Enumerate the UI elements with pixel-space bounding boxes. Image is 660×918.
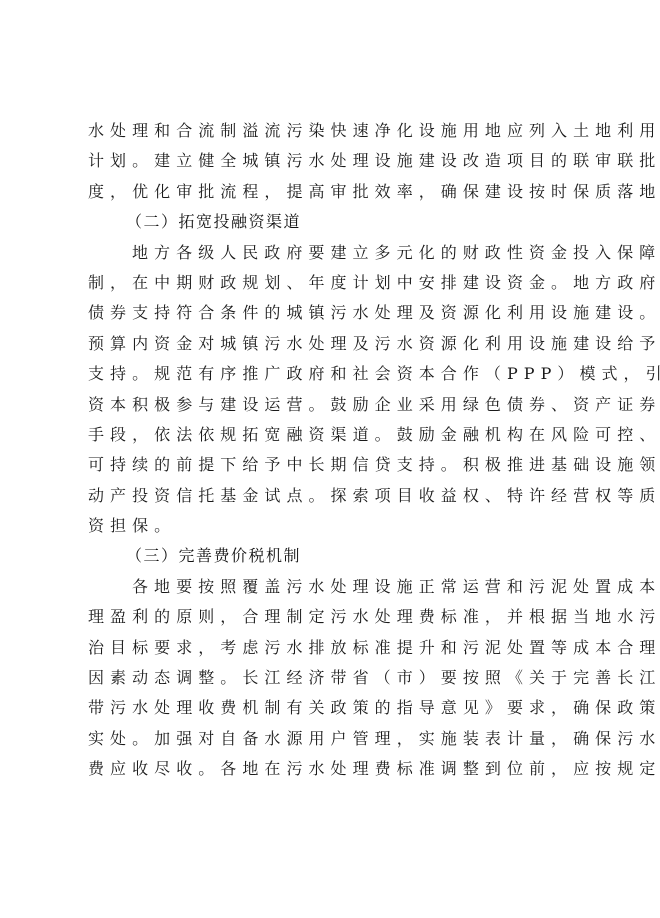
paragraph-financing: 地方各级人民政府要建立多元化的财政性资金投入保障机 制，在中期财政规划、年度计划… bbox=[88, 238, 578, 542]
text-line: 治目标要求，考虑污水排放标准提升和污泥处置等成本合理增加 bbox=[88, 633, 578, 663]
text-line: 计划。建立健全城镇污水处理设施建设改造项目的联审联批制 bbox=[88, 146, 578, 176]
text-line: 带污水处理收费机制有关政策的指导意见》要求，确保政策落到 bbox=[88, 693, 578, 723]
text-line: 手段，依法依规拓宽融资渠道。鼓励金融机构在风险可控、商业 bbox=[88, 420, 578, 450]
text-line: 各地要按照覆盖污水处理设施正常运营和污泥处置成本并合 bbox=[88, 572, 578, 602]
text-line: 债券支持符合条件的城镇污水处理及资源化利用设施建设。中央 bbox=[88, 298, 578, 328]
text-line: 费应收尽收。各地在污水处理费标准调整到位前，应按规定给予 bbox=[88, 754, 578, 784]
text-line: 理盈利的原则，合理制定污水处理费标准，并根据当地水污染防 bbox=[88, 602, 578, 632]
text-line: 预算内资金对城镇污水处理及污水资源化利用设施建设给予适当 bbox=[88, 329, 578, 359]
section-heading-financing: （二）拓宽投融资渠道 bbox=[88, 207, 578, 237]
text-line: 可持续的前提下给予中长期信贷支持。积极推进基础设施领域不 bbox=[88, 450, 578, 480]
document-page: 水处理和合流制溢流污染快速净化设施用地应列入土地利用年度 计划。建立健全城镇污水… bbox=[88, 116, 578, 785]
text-line: 度，优化审批流程，提高审批效率，确保建设按时保质落地。 bbox=[88, 177, 578, 207]
text-line: 地方各级人民政府要建立多元化的财政性资金投入保障机 bbox=[88, 238, 578, 268]
text-line: 资本积极参与建设运营。鼓励企业采用绿色债券、资产证券化等 bbox=[88, 390, 578, 420]
text-line: 水处理和合流制溢流污染快速净化设施用地应列入土地利用年度 bbox=[88, 116, 578, 146]
section-heading-pricing-tax: （三）完善费价税机制 bbox=[88, 541, 578, 571]
paragraph-land-use-continued: 水处理和合流制溢流污染快速净化设施用地应列入土地利用年度 计划。建立健全城镇污水… bbox=[88, 116, 578, 207]
paragraph-pricing: 各地要按照覆盖污水处理设施正常运营和污泥处置成本并合 理盈利的原则，合理制定污水… bbox=[88, 572, 578, 785]
text-line: 因素动态调整。长江经济带省（市）要按照《关于完善长江经济 bbox=[88, 663, 578, 693]
text-line: 制，在中期财政规划、年度计划中安排建设资金。地方政府专项 bbox=[88, 268, 578, 298]
text-line: 支持。规范有序推广政府和社会资本合作（PPP）模式，引导社会 bbox=[88, 359, 578, 389]
text-line: 实处。加强对自备水源用户管理，实施装表计量，确保污水处理 bbox=[88, 724, 578, 754]
text-line: 动产投资信托基金试点。探索项目收益权、特许经营权等质押融 bbox=[88, 481, 578, 511]
text-line: 资担保。 bbox=[88, 511, 578, 541]
